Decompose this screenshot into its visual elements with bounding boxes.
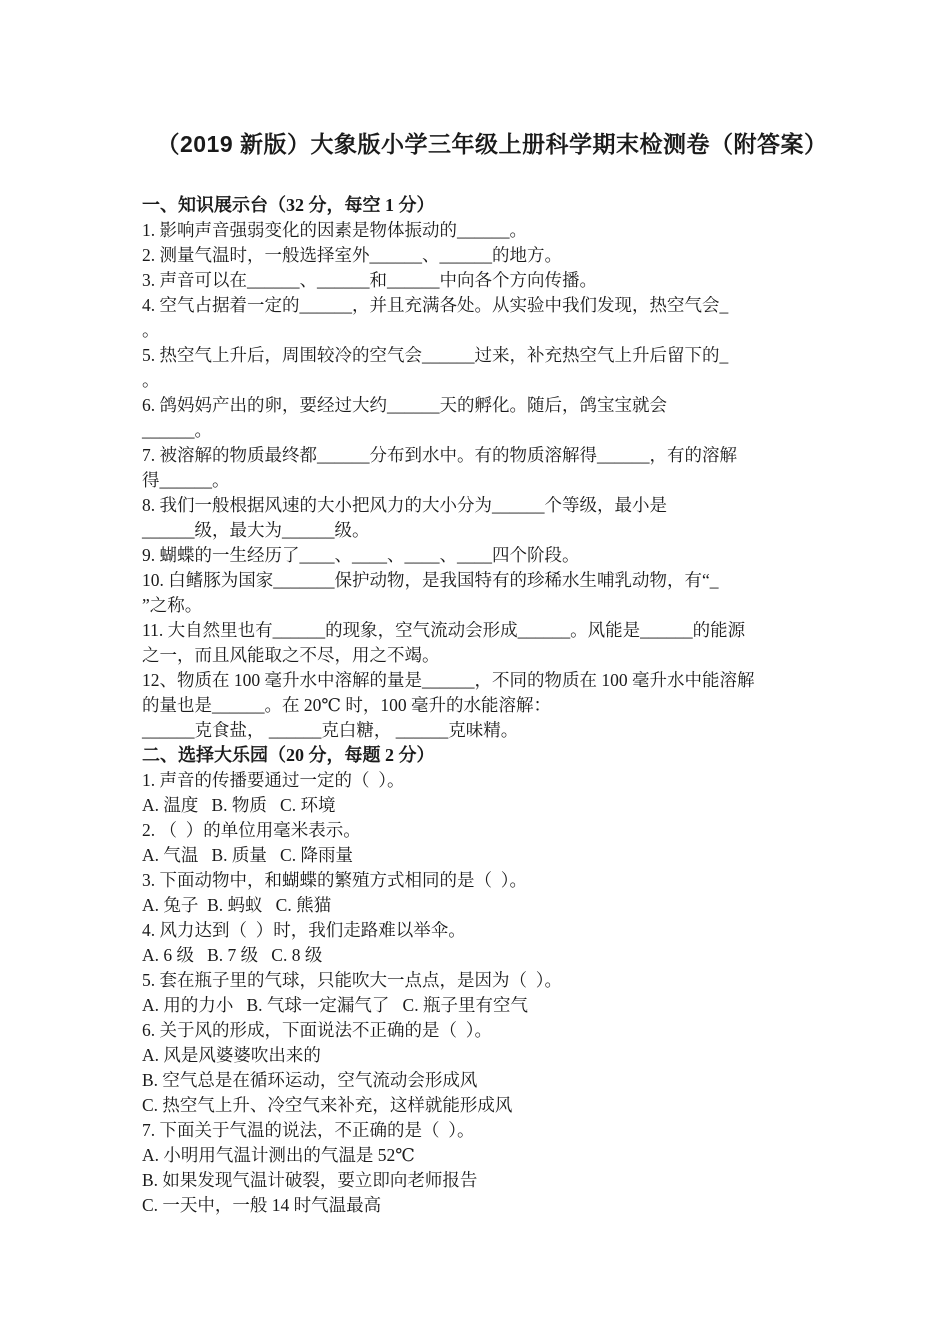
fill-blank-line-continuation: ______。 bbox=[142, 418, 842, 443]
fill-blank-line-continuation: ”之称。 bbox=[142, 593, 842, 618]
fill-blank-line: 6. 鸽妈妈产出的卵，要经过大约______天的孵化。随后，鸽宝宝就会 bbox=[142, 393, 842, 418]
fill-blank-line: 4. 空气占据着一定的______，并且充满各处。从实验中我们发现，热空气会_ bbox=[142, 293, 842, 318]
fill-blank-line: 12、物质在 100 毫升水中溶解的量是______，不同的物质在 100 毫升… bbox=[142, 668, 842, 693]
question-line: 5. 套在瓶子里的气球，只能吹大一点点，是因为（ ）。 bbox=[142, 968, 842, 993]
fill-blank-line-continuation: ______克食盐， ______克白糖， ______克味精。 bbox=[142, 718, 842, 743]
section1-heading: 一、知识展示台（32 分，每空 1 分） bbox=[142, 193, 842, 218]
question-line: 1. 声音的传播要通过一定的（ ）。 bbox=[142, 768, 842, 793]
option-line: A. 小明用气温计测出的气温是 52℃ bbox=[142, 1143, 842, 1168]
fill-blank-line: 3. 声音可以在______、______和______中向各个方向传播。 bbox=[142, 268, 842, 293]
section-fill-in-blanks: 一、知识展示台（32 分，每空 1 分） 1. 影响声音强弱变化的因素是物体振动… bbox=[142, 193, 842, 743]
question-line: 2. （ ）的单位用毫米表示。 bbox=[142, 818, 842, 843]
fill-blank-line: 9. 蝴蝶的一生经历了____、____、____、____四个阶段。 bbox=[142, 543, 842, 568]
option-line: C. 一天中，一般 14 时气温最高 bbox=[142, 1193, 842, 1218]
fill-blank-line-continuation: 得______。 bbox=[142, 468, 842, 493]
fill-blank-line-continuation: ______级，最大为______级。 bbox=[142, 518, 842, 543]
option-line: A. 风是风婆婆吹出来的 bbox=[142, 1043, 842, 1068]
page-title: （2019 新版）大象版小学三年级上册科学期末检测卷（附答案） bbox=[142, 128, 842, 160]
exam-document-page: （2019 新版）大象版小学三年级上册科学期末检测卷（附答案） 一、知识展示台（… bbox=[0, 0, 950, 1344]
option-line: C. 热空气上升、冷空气来补充，这样就能形成风 bbox=[142, 1093, 842, 1118]
fill-blank-line-continuation: 之一，而且风能取之不尽，用之不竭。 bbox=[142, 643, 842, 668]
fill-blank-line: 7. 被溶解的物质最终都______分布到水中。有的物质溶解得______，有的… bbox=[142, 443, 842, 468]
question-line: 4. 风力达到（ ）时，我们走路难以举伞。 bbox=[142, 918, 842, 943]
option-line: B. 如果发现气温计破裂，要立即向老师报告 bbox=[142, 1168, 842, 1193]
section-multiple-choice: 二、选择大乐园（20 分，每题 2 分） 1. 声音的传播要通过一定的（ ）。 … bbox=[142, 743, 842, 1218]
option-line: B. 空气总是在循环运动，空气流动会形成风 bbox=[142, 1068, 842, 1093]
options-line: A. 温度 B. 物质 C. 环境 bbox=[142, 793, 842, 818]
question-line: 6. 关于风的形成，下面说法不正确的是（ ）。 bbox=[142, 1018, 842, 1043]
fill-blank-line-continuation: 。 bbox=[142, 368, 842, 393]
fill-blank-line-continuation: 的量也是______。在 20℃ 时，100 毫升的水能溶解： bbox=[142, 693, 842, 718]
fill-blank-line-continuation: 。 bbox=[142, 318, 842, 343]
fill-blank-line: 1. 影响声音强弱变化的因素是物体振动的______。 bbox=[142, 218, 842, 243]
options-line: A. 6 级 B. 7 级 C. 8 级 bbox=[142, 943, 842, 968]
question-line: 3. 下面动物中，和蝴蝶的繁殖方式相同的是（ ）。 bbox=[142, 868, 842, 893]
options-line: A. 兔子 B. 蚂蚁 C. 熊猫 bbox=[142, 893, 842, 918]
section2-heading: 二、选择大乐园（20 分，每题 2 分） bbox=[142, 743, 842, 768]
document-content: （2019 新版）大象版小学三年级上册科学期末检测卷（附答案） 一、知识展示台（… bbox=[142, 128, 842, 1218]
options-line: A. 气温 B. 质量 C. 降雨量 bbox=[142, 843, 842, 868]
fill-blank-line: 10. 白鳍豚为国家_______保护动物，是我国特有的珍稀水生哺乳动物，有“_ bbox=[142, 568, 842, 593]
fill-blank-line: 2. 测量气温时，一般选择室外______、______的地方。 bbox=[142, 243, 842, 268]
question-line: 7. 下面关于气温的说法，不正确的是（ ）。 bbox=[142, 1118, 842, 1143]
options-line: A. 用的力小 B. 气球一定漏气了 C. 瓶子里有空气 bbox=[142, 993, 842, 1018]
fill-blank-line: 8. 我们一般根据风速的大小把风力的大小分为______个等级，最小是 bbox=[142, 493, 842, 518]
fill-blank-line: 5. 热空气上升后，周围较冷的空气会______过来，补充热空气上升后留下的_ bbox=[142, 343, 842, 368]
fill-blank-line: 11. 大自然里也有______的现象，空气流动会形成______。风能是___… bbox=[142, 618, 842, 643]
